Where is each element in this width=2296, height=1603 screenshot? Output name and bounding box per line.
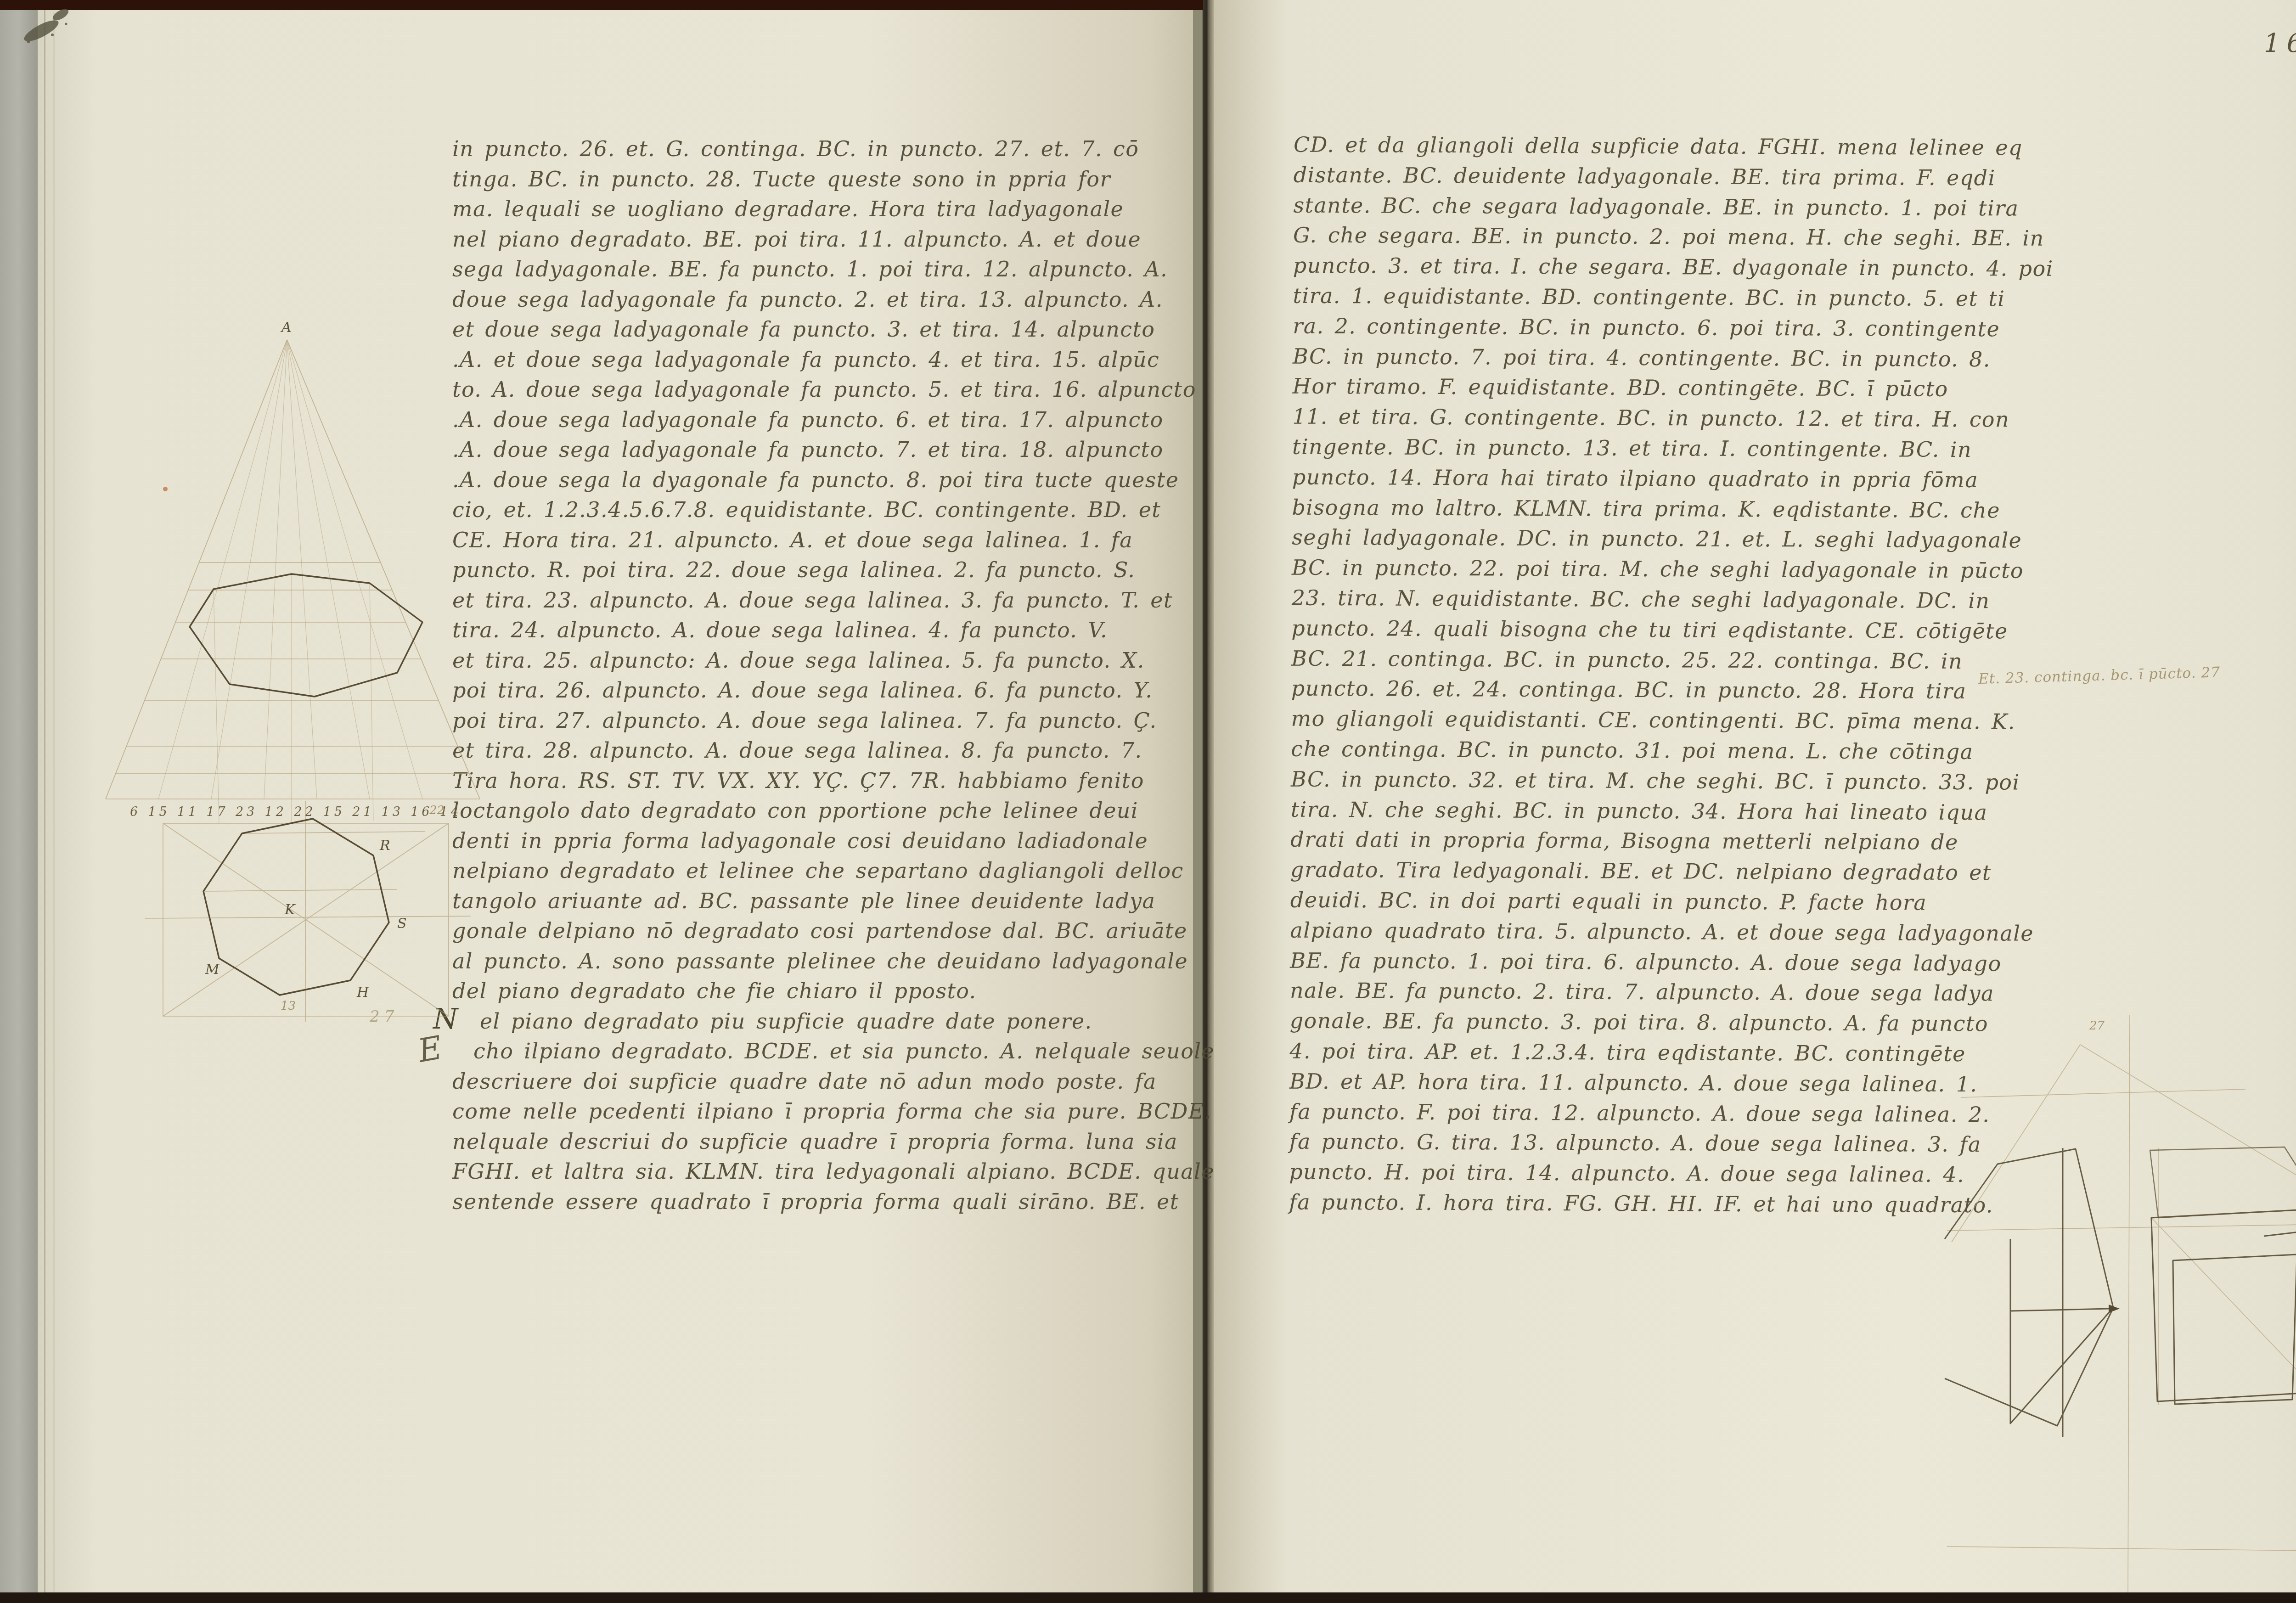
- manuscript-line: del piano degradato che fie chiaro il pp…: [452, 976, 1162, 1007]
- manuscript-line: Tira hora. RS. ST. TV. VX. XY. YÇ. Ç7. 7…: [452, 766, 1162, 796]
- left-text-block: in puncto. 26. et. G. continga. BC. in p…: [452, 134, 1162, 1217]
- diagram-label-r: R: [379, 838, 390, 854]
- manuscript-line: loctangolo dato degradato con pportione …: [452, 796, 1162, 826]
- right-text-block: CD. et da gliangoli della supficie data.…: [1289, 130, 1996, 1221]
- manuscript-line: BC. in puncto. 32. et tira. M. che seghi…: [1291, 764, 1993, 797]
- manuscript-line: 4. poi tira. AP. et. 1.2.3.4. tira eqdis…: [1289, 1036, 1992, 1069]
- manuscript-line: mo gliangoli equidistanti. CE. contingen…: [1291, 704, 1993, 737]
- manuscript-line: deuidi. BC. in doi parti equali in punct…: [1290, 885, 1993, 918]
- manuscript-line: che continga. BC. in puncto. 31. poi men…: [1291, 734, 1993, 767]
- manuscript-line: fa puncto. F. poi tira. 12. alpuncto. A.…: [1289, 1097, 1992, 1130]
- book-edge-bottom: [0, 1592, 2296, 1603]
- section-heading-line: el piano degradato piu supficie quadre d…: [452, 1007, 1162, 1037]
- manuscript-line: puncto. 24. quali bisogna che tu tiri eq…: [1291, 613, 1994, 646]
- manuscript-line: tinga. BC. in puncto. 28. Tucte queste s…: [452, 164, 1162, 195]
- manuscript-line: nelpiano degradato et lelinee che separt…: [452, 856, 1162, 886]
- manuscript-line: nel piano degradato. BE. poi tira. 11. a…: [452, 225, 1162, 255]
- manuscript-line: nelquale descriui do supficie quadre ī p…: [452, 1127, 1162, 1157]
- manuscript-line: sentende essere quadrato ī propria forma…: [452, 1187, 1162, 1217]
- red-ink-dot: [163, 487, 168, 491]
- manuscript-line: CD. et da gliangoli della supficie data.…: [1294, 130, 1996, 163]
- diagram-label-13: 13: [281, 999, 296, 1013]
- manuscript-line: sega ladyagonale. BE. fa puncto. 1. poi …: [452, 254, 1162, 285]
- manuscript-line: to. A. doue sega ladyagonale fa puncto. …: [452, 375, 1162, 405]
- manuscript-line: ra. 2. contingente. BC. in puncto. 6. po…: [1293, 311, 1995, 344]
- scan-margin-left: [0, 0, 38, 1603]
- manuscript-line: gonale. BE. fa puncto. 3. poi tira. 8. a…: [1290, 1006, 1992, 1039]
- manuscript-line: poi tira. 27. alpuncto. A. doue sega lal…: [452, 706, 1162, 736]
- manuscript-line: distante. BC. deuidente ladyagonale. BE.…: [1294, 160, 1996, 193]
- manuscript-line: .A. et doue sega ladyagonale fa puncto. …: [452, 345, 1162, 375]
- manuscript-line: BE. fa puncto. 1. poi tira. 6. alpuncto.…: [1290, 945, 1992, 979]
- manuscript-line: BC. in puncto. 22. poi tira. M. che segh…: [1292, 553, 1994, 586]
- manuscript-line: bisogna mo laltro. KLMN. tira prima. K. …: [1292, 492, 1994, 525]
- manuscript-photo: in puncto. 26. et. G. continga. BC. in p…: [0, 0, 2296, 1603]
- perspective-octagon-diagram: 6 15 11 17 23 12 22 15 21 13 16 14 A K R…: [76, 305, 489, 1031]
- book-edge-top: [0, 0, 1203, 10]
- diagram-number-row: 6 15 11 17 23 12 22 15 21 13 16 14: [130, 805, 461, 819]
- diagram-label-m: M: [205, 962, 220, 978]
- book-gutter: [1193, 0, 1214, 1603]
- manuscript-line: .A. doue sega ladyagonale fa puncto. 7. …: [452, 435, 1162, 465]
- manuscript-line: descriuere doi supficie quadre date nō a…: [452, 1067, 1162, 1097]
- manuscript-line: et tira. 28. alpuncto. A. doue sega lali…: [452, 736, 1162, 766]
- diagram-label-22: 22: [429, 804, 445, 817]
- manuscript-line: cho ilpiano degradato. BCDE. et sia punc…: [452, 1036, 1162, 1067]
- manuscript-line: 11. et tira. G. contingente. BC. in punc…: [1292, 402, 1995, 435]
- manuscript-line: puncto. 3. et tira. I. che segara. BE. d…: [1293, 251, 1996, 284]
- manuscript-line: et doue sega ladyagonale fa puncto. 3. e…: [452, 315, 1162, 345]
- page-edge-line: [53, 12, 55, 1592]
- manuscript-line: drati dati in propria forma, Bisogna met…: [1290, 825, 1993, 858]
- manuscript-line: .A. doue sega ladyagonale fa puncto. 6. …: [452, 405, 1162, 435]
- manuscript-line: poi tira. 26. alpuncto. A. doue sega lal…: [452, 675, 1162, 706]
- manuscript-line: puncto. R. poi tira. 22. doue sega lalin…: [452, 555, 1162, 585]
- manuscript-line: puncto. H. poi tira. 14. alpuncto. A. do…: [1289, 1157, 1992, 1190]
- manuscript-line: tira. 24. alpuncto. A. doue sega lalinea…: [452, 615, 1162, 646]
- manuscript-line: tira. 1. equidistante. BD. contingente. …: [1293, 281, 1995, 314]
- manuscript-line: et tira. 23. alpuncto. A. doue sega lali…: [452, 585, 1162, 616]
- manuscript-line: gradato. Tira ledyagonali. BE. et DC. ne…: [1290, 855, 1993, 888]
- diagram-label-27: 27: [2089, 1019, 2105, 1033]
- diagram-label-center: K: [284, 902, 296, 918]
- manuscript-line: gonale delpiano nō degradato cosi parten…: [452, 916, 1162, 946]
- manuscript-line: alpiano quadrato tira. 5. alpuncto. A. e…: [1290, 915, 1992, 948]
- manuscript-line: puncto. 14. Hora hai tirato ilpiano quad…: [1292, 462, 1995, 495]
- manuscript-line: fa puncto. G. tira. 13. alpuncto. A. dou…: [1289, 1127, 1992, 1160]
- manuscript-line: .A. doue sega la dyagonale fa puncto. 8.…: [452, 465, 1162, 495]
- manuscript-line: come nelle pcedenti ilpiano ī propria fo…: [452, 1097, 1162, 1127]
- manuscript-line: denti in ppria forma ladyagonale cosi de…: [452, 826, 1162, 856]
- manuscript-line: BC. 21. continga. BC. in puncto. 25. 22.…: [1291, 643, 1994, 676]
- manuscript-line: BD. et AP. hora tira. 11. alpuncto. A. d…: [1289, 1066, 1992, 1099]
- manuscript-line: seghi ladyagonale. DC. in puncto. 21. et…: [1292, 523, 1994, 556]
- manuscript-line: Hor tiramo. F. equidistante. BD. conting…: [1293, 371, 1995, 405]
- diagram-label-s: S: [397, 916, 407, 932]
- manuscript-line: al puncto. A. sono passante plelinee che…: [452, 946, 1162, 977]
- page-number: 16: [2264, 28, 2296, 58]
- manuscript-line: et tira. 25. alpuncto: A. doue sega lali…: [452, 646, 1162, 676]
- ink-smudge: [18, 6, 78, 49]
- manuscript-line: doue sega ladyagonale fa puncto. 2. et t…: [452, 285, 1162, 315]
- manuscript-line: FGHI. et laltra sia. KLMN. tira ledyagon…: [452, 1157, 1162, 1187]
- manuscript-line: 23. tira. N. equidistante. BC. che seghi…: [1292, 583, 1994, 616]
- diagram-label-apex: A: [280, 320, 292, 336]
- manuscript-line: fa puncto. I. hora tira. FG. GH. HI. IF.…: [1289, 1187, 1992, 1221]
- manuscript-line: tira. N. che seghi. BC. in puncto. 34. H…: [1291, 794, 1993, 827]
- manuscript-line: nale. BE. fa puncto. 2. tira. 7. alpunct…: [1290, 976, 1992, 1009]
- diagram-label-h: H: [356, 984, 369, 1001]
- manuscript-line: tingente. BC. in puncto. 13. et tira. I.…: [1292, 432, 1995, 465]
- manuscript-line: G. che segara. BE. in puncto. 2. poi men…: [1293, 220, 1996, 253]
- manuscript-line: cio, et. 1.2.3.4.5.6.7.8. equidistante. …: [452, 495, 1162, 525]
- manuscript-line: ma. lequali se uogliano degradare. Hora …: [452, 194, 1162, 225]
- manuscript-line: stante. BC. che segara ladyagonale. BE. …: [1293, 190, 1996, 223]
- degraded-squares-diagram: 27: [1942, 1010, 2296, 1603]
- manuscript-line: puncto. 26. et. 24. continga. BC. in pun…: [1291, 674, 1994, 707]
- manuscript-line: in puncto. 26. et. G. continga. BC. in p…: [452, 134, 1162, 164]
- manuscript-line: tangolo ariuante ad. BC. passante ple li…: [452, 886, 1162, 917]
- manuscript-line: BC. in puncto. 7. poi tira. 4. contingen…: [1293, 341, 1995, 374]
- page-edge-line: [44, 9, 45, 1592]
- manuscript-line: CE. Hora tira. 21. alpuncto. A. et doue …: [452, 525, 1162, 556]
